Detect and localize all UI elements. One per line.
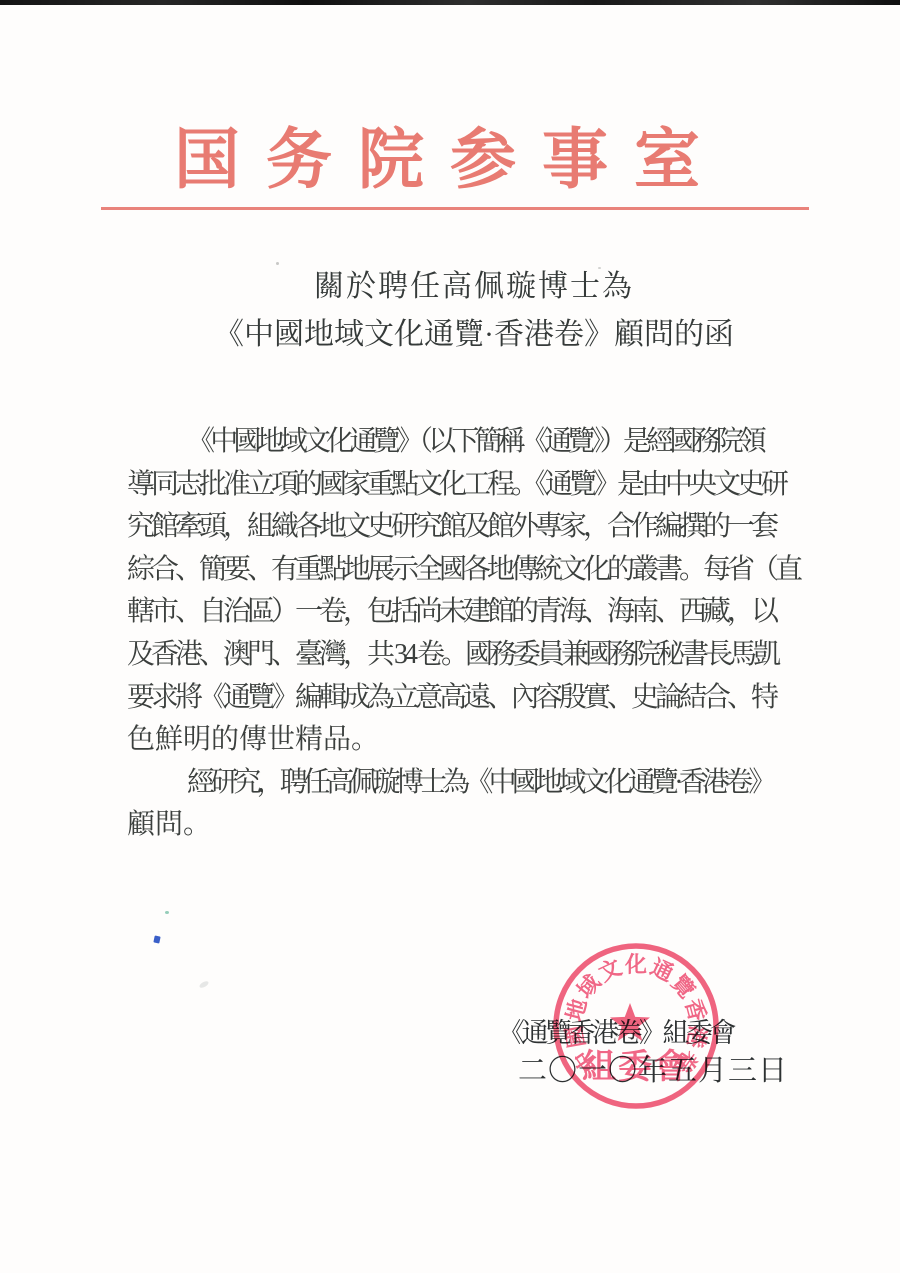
seal-arc-char: 港	[682, 1024, 710, 1050]
pen-mark	[165, 911, 169, 914]
body-line: 色鮮明的傳世精品。	[127, 719, 817, 762]
letterhead-rule	[101, 207, 809, 210]
body-line: 及香港、澳門、臺灣，共 34 卷。國務委員兼國務院秘書長馬凱	[127, 634, 817, 677]
body-line: 究館牽頭，組織各地文史研究館及館外專家，合作編撰的一套	[127, 506, 817, 549]
star-icon	[610, 1003, 650, 1041]
body-line: 顧問。	[127, 804, 817, 847]
body-paragraphs: 《中國地域文化通覽》（以下簡稱《通覽》）是經國務院領 導同志批准立項的國家重點文…	[127, 421, 817, 847]
document-title-line2: 《中國地域文化通覽·香港卷》顧問的函	[34, 309, 900, 353]
seal-arc-char: 化	[624, 952, 647, 977]
document-title-line1: 關於聘任高佩璇博士為	[34, 261, 900, 305]
body-line: 轄市、自治區）一卷，包括尚未建館的青海、海南、西藏，以	[127, 591, 817, 634]
letterhead-title: 国务院参事室	[0, 106, 893, 201]
body-line: 《中國地域文化通覽》（以下簡稱《通覽》）是經國務院領	[127, 421, 817, 464]
body-line: 要求將《通覽》編輯成為立意高遠、內容殷實、史論結合、特	[127, 677, 817, 720]
seal-arc-char: 國	[561, 1024, 589, 1050]
letter-page: 国务院参事室 關於聘任高佩璇博士為 《中國地域文化通覽·香港卷》顧問的函 《中國…	[0, 0, 900, 1273]
scan-edge-strip	[0, 0, 900, 5]
pen-mark	[153, 935, 160, 943]
body-line: 經研究，聘任高佩璇博士為《中國地域文化通覽·香港卷》	[127, 762, 817, 805]
body-line: 綜合、簡要、有重點地展示全國各地傳統文化的叢書。每省（直	[127, 549, 817, 592]
official-seal: 中國地域文化通覽香港卷 組委會	[546, 936, 726, 1116]
scan-speck	[598, 267, 601, 269]
body-line: 導同志批准立項的國家重點文化工程。《通覽》是由中央文史研	[127, 464, 817, 507]
seal-bottom-text: 組委會	[582, 1048, 690, 1086]
scan-speck	[276, 262, 279, 265]
scan-smudge	[198, 980, 209, 989]
seal-arc-char: 香	[680, 996, 710, 1024]
